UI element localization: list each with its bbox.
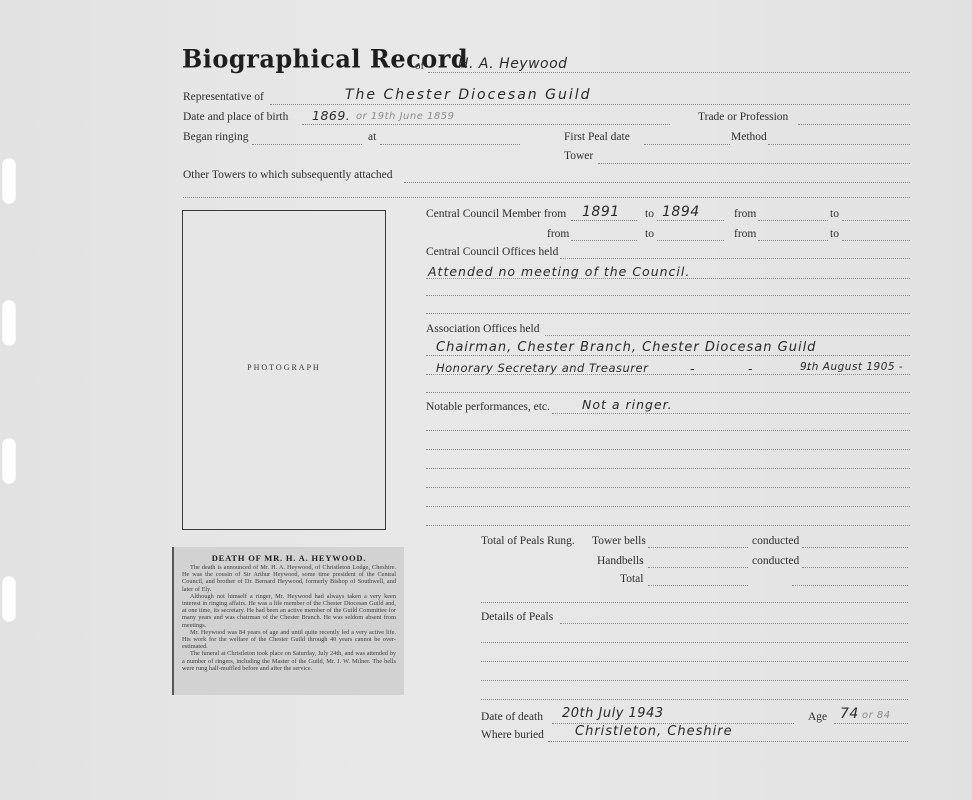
photograph-placeholder: PHOTOGRAPH	[182, 210, 386, 530]
notable-line-5	[426, 487, 910, 488]
cc-to-label-2: to	[830, 208, 839, 220]
other-towers-line-2	[183, 197, 910, 198]
method-line	[768, 144, 910, 145]
details-line-4	[481, 680, 908, 681]
details-line-5	[481, 699, 908, 700]
association-line-2-rule	[426, 374, 910, 375]
clipping-headline: DEATH OF MR. H. A. HEYWOOD.	[174, 553, 404, 563]
tower-conducted-line	[802, 547, 908, 548]
clipping-paragraph: Mr. Heywood was 84 years of age and unti…	[182, 629, 396, 651]
birth-line	[302, 124, 670, 125]
age-line	[834, 723, 908, 724]
cc-from-label-3: from	[547, 228, 569, 240]
age-label: Age	[808, 711, 827, 723]
details-line-3	[481, 661, 908, 662]
cc-offices-line-4	[426, 313, 910, 314]
where-buried-line	[548, 741, 908, 742]
handbells-conducted-label: conducted	[752, 555, 799, 567]
record-card: Biographical Record of H. A. Heywood Rep…	[0, 0, 972, 800]
method-label: Method	[731, 131, 767, 143]
cc-offices-line	[560, 258, 910, 259]
cc-to-value: 1894	[662, 204, 700, 220]
peals-total-line	[648, 585, 748, 586]
first-peal-label: First Peal date	[564, 131, 630, 143]
association-offices-line	[545, 335, 910, 336]
notable-line-6	[426, 506, 910, 507]
binder-hole	[2, 576, 16, 622]
age-alt-value: or 84	[862, 710, 891, 721]
subject-name: H. A. Heywood	[458, 56, 568, 72]
cc-from-line-3	[571, 240, 637, 241]
handbells-conducted-line	[802, 567, 908, 568]
details-of-peals-label: Details of Peals	[481, 611, 553, 623]
representative-label: Representative of	[183, 91, 264, 103]
other-towers-line	[404, 182, 910, 183]
clipping-paragraph: Although not himself a ringer, Mr. Heywo…	[182, 593, 396, 629]
association-line-1: Chairman, Chester Branch, Chester Dioces…	[436, 340, 816, 355]
first-peal-line	[644, 144, 730, 145]
newspaper-clipping: DEATH OF MR. H. A. HEYWOOD. The death is…	[172, 547, 404, 695]
birth-label: Date and place of birth	[183, 111, 288, 123]
trade-label: Trade or Profession	[698, 111, 788, 123]
birth-alt-value: or 19th June 1859	[356, 111, 454, 122]
binder-hole	[2, 158, 16, 204]
binder-hole	[2, 300, 16, 346]
cc-from-label-4: from	[734, 228, 756, 240]
age-value: 74	[840, 706, 859, 722]
date-of-death-label: Date of death	[481, 711, 543, 723]
clipping-paragraph: The death is announced of Mr. H. A. Heyw…	[182, 564, 396, 593]
tower-bells-label: Tower bells	[592, 535, 646, 547]
other-towers-label: Other Towers to which subsequently attac…	[183, 169, 392, 181]
at-line	[380, 144, 520, 145]
cc-from-value: 1891	[582, 204, 620, 220]
name-line	[428, 72, 910, 73]
at-label: at	[368, 131, 376, 143]
tower-label: Tower	[564, 150, 593, 162]
cc-from-line-4	[758, 240, 828, 241]
peals-total-conducted-line	[792, 585, 908, 586]
representative-line	[270, 104, 910, 105]
cc-member-label: Central Council Member from	[426, 208, 566, 220]
association-line-1-rule	[426, 355, 910, 356]
cc-from-line	[571, 220, 637, 221]
cc-offices-value: Attended no meeting of the Council.	[428, 264, 690, 279]
handbells-line	[648, 567, 748, 568]
page-title: Biographical Record	[182, 43, 468, 73]
association-line-2: Honorary Secretary and Treasurer	[436, 361, 648, 375]
tower-line	[598, 163, 910, 164]
cc-to-line-3	[657, 240, 724, 241]
cc-offices-line-3	[426, 295, 910, 296]
peals-separator-line	[481, 602, 908, 603]
birth-value: 1869.	[312, 108, 350, 123]
cc-to-label: to	[645, 208, 654, 220]
peals-total-label: Total of Peals Rung.	[481, 535, 575, 547]
notable-line-2	[426, 430, 910, 431]
tower-bells-line	[648, 547, 748, 548]
trade-line	[798, 124, 910, 125]
cc-from-label-2: from	[734, 208, 756, 220]
cc-to-line	[657, 220, 724, 221]
association-line-3-rule	[426, 392, 910, 393]
began-ringing-label: Began ringing	[183, 131, 248, 143]
notable-line-4	[426, 468, 910, 469]
notable-value: Not a ringer.	[582, 397, 673, 412]
details-line-2	[481, 642, 908, 643]
cc-from-line-2	[758, 220, 828, 221]
cc-to-label-3: to	[645, 228, 654, 240]
began-ringing-line	[252, 144, 362, 145]
cc-to-line-2	[842, 220, 910, 221]
title-of-label: of	[415, 60, 424, 72]
association-offices-label: Association Offices held	[426, 323, 539, 335]
details-line	[560, 623, 908, 624]
representative-value: The Chester Diocesan Guild	[345, 87, 591, 103]
cc-offices-label: Central Council Offices held	[426, 246, 558, 258]
handbells-label: Handbells	[597, 555, 644, 567]
where-buried-value: Christleton, Cheshire	[575, 724, 733, 739]
where-buried-label: Where buried	[481, 729, 544, 741]
association-date: 9th August 1905 -	[800, 361, 903, 373]
notable-line-7	[426, 525, 910, 526]
notable-line	[552, 413, 910, 414]
peals-total-short-label: Total	[620, 573, 643, 585]
clipping-body: The death is announced of Mr. H. A. Heyw…	[174, 563, 404, 672]
clipping-paragraph: The funeral at Christleton took place on…	[182, 650, 396, 672]
cc-to-line-4	[842, 240, 910, 241]
notable-line-3	[426, 449, 910, 450]
date-of-death-value: 20th July 1943	[562, 706, 664, 721]
notable-label: Notable performances, etc.	[426, 401, 550, 413]
photograph-label: PHOTOGRAPH	[183, 363, 385, 372]
cc-to-label-4: to	[830, 228, 839, 240]
tower-conducted-label: conducted	[752, 535, 799, 547]
cc-offices-line-2	[426, 278, 910, 279]
binder-hole	[2, 438, 16, 484]
